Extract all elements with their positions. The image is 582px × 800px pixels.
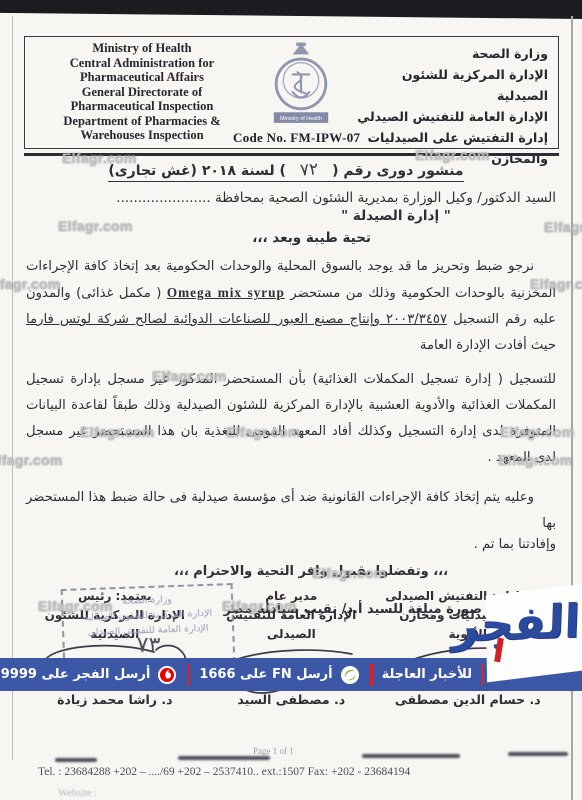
watermark: Elfagr.com bbox=[312, 565, 387, 581]
letterhead-arabic: وزارة الصحة الإدارة المركزية للشئون الصي… bbox=[347, 37, 558, 148]
watermark: Elfagr.com bbox=[0, 276, 61, 292]
letterhead-english: Ministry of Health Central Administratio… bbox=[25, 37, 255, 148]
scan-smudge bbox=[508, 752, 568, 756]
addressee-line: السيد الدكتور/ وكيل الوزارة بمديرية الشئ… bbox=[26, 190, 556, 206]
scan-smudge bbox=[55, 758, 97, 762]
p1-underlined-registration: ٢٠٠٣/٣٤٥٧ وإنتاج مصنع العبور للصناعات ال… bbox=[26, 312, 447, 327]
p1-text-e: حيث أفادت الإدارة العامة bbox=[420, 338, 556, 353]
code-number-label: Code No. FM-IPW-07 bbox=[233, 130, 360, 146]
watermark: Elfagr.com bbox=[544, 219, 582, 235]
logo-banner-text: Ministry of Health bbox=[280, 116, 322, 122]
stamp-handwritten-number: ٧٣ bbox=[137, 638, 161, 653]
sig-name: د. حسام الدين مصطفى bbox=[380, 690, 556, 709]
elfagr-logo-text: الفجر bbox=[451, 594, 581, 652]
handwritten-circular-number: ٧٢ bbox=[285, 158, 333, 181]
ar-line: الإدارة العامة للتفتيش الصيدلي bbox=[347, 106, 548, 127]
letterhead: Ministry of Health Central Administratio… bbox=[24, 36, 559, 149]
watermark: Elfagr.com bbox=[226, 424, 301, 440]
watermark: Elfagr.com bbox=[152, 368, 227, 384]
paragraph-2: للتسجيل ( إدارة تسجيل المكملات الغذائية)… bbox=[26, 367, 556, 471]
etisalat-icon bbox=[340, 665, 360, 685]
ticker-separator bbox=[481, 664, 484, 686]
ticker-separator bbox=[187, 664, 190, 686]
en-line: Pharmaceutical Affairs bbox=[31, 70, 253, 85]
vodafone-icon bbox=[157, 665, 177, 685]
sig-name: د. راشا محمد زيادة bbox=[27, 690, 203, 709]
scan-smudge bbox=[178, 756, 270, 760]
scan-top-band bbox=[0, 0, 582, 19]
en-line: Pharmaceutical Inspection bbox=[31, 99, 253, 114]
sig-name: د. مصطفى السيد bbox=[203, 690, 379, 709]
en-line: Warehouses Inspection bbox=[31, 128, 253, 143]
en-line: Department of Pharmacies & bbox=[31, 114, 253, 129]
watermark: Elfagr.com bbox=[222, 598, 297, 614]
breaking-news-label: للأخبار العاجلة bbox=[382, 667, 472, 682]
footer-website: Website : bbox=[58, 788, 97, 799]
watermark: Elfagr.com bbox=[58, 218, 133, 234]
scan-smudge bbox=[362, 754, 460, 758]
footer-tel-fax: Tel. : 23684288 +202 – ..../69 +202 – 25… bbox=[38, 766, 558, 778]
closing-salutation: ،،، وتفضلوا بقبول وافر التحية والاحترام … bbox=[66, 564, 556, 579]
watermark: Elfagr.com bbox=[62, 150, 137, 166]
en-line: Ministry of Health bbox=[31, 41, 253, 56]
watermark: Elfagr.com bbox=[0, 452, 63, 468]
etisalat-sms-text: أرسل FN على 1666 bbox=[199, 667, 332, 682]
en-line: Central Administration for bbox=[31, 56, 253, 71]
official-stamp: وزارة الصحة الإدارة المركزية للشئون الصي… bbox=[61, 583, 236, 669]
paragraph-3: وعليه يتم إتخاذ كافة الإجراءات القانونية… bbox=[26, 485, 556, 537]
vodafone-sms-text: أرسل الفجر على 9999 bbox=[1, 667, 151, 682]
ministry-of-health-crest-icon: Ministry of Health bbox=[265, 39, 337, 143]
paragraph-3-continuation: وإفادتنا بما تم . bbox=[26, 537, 556, 552]
subject-prefix: منشور دورى رقم ( bbox=[332, 163, 463, 179]
page-number: Page 1 of 1 bbox=[253, 746, 294, 756]
watermark: Elfagr.com bbox=[530, 276, 582, 292]
product-name: Omega mix syrup bbox=[167, 285, 285, 300]
watermark: Elfagr.com bbox=[498, 452, 573, 468]
scan-left-edge bbox=[12, 16, 13, 760]
watermark: Elfagr.com bbox=[500, 424, 575, 440]
watermark: Elfagr.com bbox=[80, 424, 155, 440]
scanned-document: Ministry of Health Central Administratio… bbox=[0, 0, 582, 800]
ar-line: الإدارة المركزية للشئون الصيدلية bbox=[347, 64, 548, 106]
watermark: Elfagr.com bbox=[415, 147, 490, 163]
addressee-department: " إدارة الصيدلة " bbox=[236, 208, 556, 224]
paragraph-1: نرجو ضبط وتحريز ما قد يوجد بالسوق المحلي… bbox=[26, 254, 556, 359]
ar-line: وزارة الصحة bbox=[347, 43, 548, 64]
en-line: General Directorate of bbox=[31, 85, 253, 100]
elfagr-newspaper-logo: الفجر bbox=[486, 590, 582, 676]
watermark: Elfagr.com bbox=[38, 598, 113, 614]
ticker-separator bbox=[370, 664, 373, 686]
